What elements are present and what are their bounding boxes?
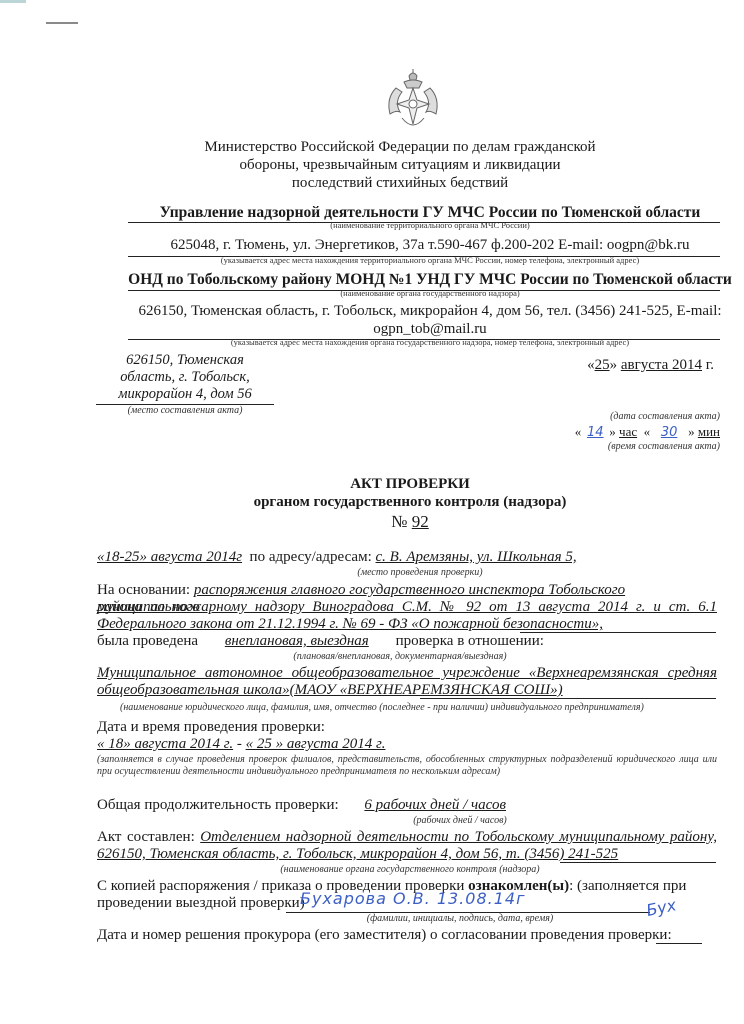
inspection-type-caption: (плановая/внеплановая, документарная/вые… [250, 651, 550, 662]
composed-line-2: 626150, Тюменская область, г. Тобольск, … [97, 846, 717, 863]
scan-corner-mark [0, 0, 26, 3]
supervision-address-caption: (указывается адрес места нахождения орга… [120, 337, 740, 347]
basis-line-2: района по пожарному надзору Виноградова … [97, 599, 717, 616]
territorial-body-caption: (наименование территориального органа МЧ… [120, 220, 740, 230]
inspection-address: с. В. Аремзяны, ул. Школьная 5, [376, 549, 577, 565]
datetime-separator: - [233, 736, 246, 752]
address-label: по адресу/адресам: [242, 549, 375, 565]
time-hour-label: час [619, 424, 637, 439]
act-date: «25» августа 2014 г. [560, 357, 740, 374]
inspection-type-value: внеплановая, выездная [202, 633, 392, 650]
act-title-sub: органом государственного контроля (надзо… [230, 493, 590, 511]
act-number-prefix: № [391, 512, 411, 531]
scan-top-mark [46, 22, 78, 24]
supervision-address-line-2: ogpn_tob@mail.ru [120, 321, 740, 338]
address-caption: (место проведения проверки) [300, 567, 540, 578]
place-line-2: область, г. Тобольск, [100, 369, 270, 386]
duration-line: Общая продолжительность проверки: 6 рабо… [97, 797, 717, 814]
date-caption: (дата составления акта) [560, 411, 720, 422]
datetime-range: « 18» августа 2014 г. - « 25 » августа 2… [97, 736, 717, 753]
copy-ack-caption: (фамилии, инициалы, подпись, дата, время… [270, 913, 650, 924]
ministry-line-1: Министерство Российской Федерации по дел… [190, 138, 610, 156]
time-minute: 30 [650, 424, 688, 441]
entity-line-2: общеобразовательная школа»(МАОУ «ВЕРХНЕА… [97, 682, 717, 699]
datetime-from: « 18» августа 2014 г. [97, 736, 233, 752]
emchs-emblem-icon [384, 68, 442, 134]
prosecutor-decision-blank [656, 943, 702, 944]
inspection-type-suffix: проверка в отношении: [392, 633, 544, 649]
duration-value: 6 рабочих дней / часов [342, 797, 662, 814]
datetime-to: « 25 » августа 2014 г. [246, 736, 386, 752]
date-open-quote: « [587, 357, 595, 373]
duration-label: Общая продолжительность проверки: [97, 797, 342, 813]
date-suffix: г. [702, 357, 714, 373]
composed-caption: (наименование органа государственного ко… [200, 864, 620, 875]
handwritten-acknowledgement: Бухарова О.В. 13.08.14г [300, 889, 640, 908]
ministry-line-2: обороны, чрезвычайным ситуациям и ликвид… [190, 156, 610, 174]
basis-line-3: Федерального закона от 21.12.1994 г. № 6… [97, 616, 617, 633]
act-title: АКТ ПРОВЕРКИ органом государственного ко… [230, 475, 590, 511]
ministry-line-3: последствий стихийных бедствий [190, 174, 610, 192]
place-caption: (место составления акта) [96, 405, 274, 416]
divider [560, 862, 716, 863]
act-number: № 92 [230, 512, 590, 532]
composed-text-1: Отделением надзорной деятельности по Тоб… [200, 829, 717, 845]
supervision-body: ОНД по Тобольскому району МОНД №1 УНД ГУ… [120, 271, 740, 289]
basis-label: На основании: [97, 582, 194, 598]
date-month-year: августа 2014 [621, 357, 702, 373]
composed-line-1: Акт составлен: Отделением надзорной деят… [97, 829, 717, 846]
place-line-3: микрорайон 4, дом 56 [100, 386, 270, 403]
supervision-address-line-1: 626150, Тюменская область, г. Тобольск, … [120, 303, 740, 320]
act-number-value: 92 [412, 512, 429, 531]
territorial-address-caption: (указывается адрес места нахождения терр… [120, 255, 740, 265]
copy-ack-text-2: проведении выездной проверки) [97, 895, 305, 911]
entity-caption: (наименование юридического лица, фамилия… [120, 702, 720, 714]
time-minute-label: мин [698, 424, 720, 439]
act-time: «14» час «30» мин [540, 423, 720, 441]
place-of-act: 626150, Тюменская область, г. Тобольск, … [100, 352, 270, 403]
datetime-label: Дата и время проведения проверки: [97, 719, 717, 736]
datetime-caption: (заполняется в случае проведения проверо… [97, 754, 717, 778]
composed-label: Акт составлен: [97, 829, 200, 845]
date-close-quote: » [610, 357, 618, 373]
inspection-period-address: «18-25» августа 2014г по адресу/адресам:… [97, 549, 717, 566]
prosecutor-decision-label: Дата и номер решения прокурора (его заме… [97, 927, 657, 944]
divider [420, 698, 716, 699]
inspection-period: «18-25» августа 2014г [97, 549, 242, 565]
time-caption: (время составления акта) [540, 441, 720, 452]
duration-caption: (рабочих дней / часов) [380, 815, 540, 826]
act-title-main: АКТ ПРОВЕРКИ [230, 475, 590, 493]
ministry-name: Министерство Российской Федерации по дел… [190, 138, 610, 192]
inspection-type-line: была проведена внеплановая, выездная про… [97, 633, 717, 650]
territorial-address: 625048, г. Тюмень, ул. Энергетиков, 37а … [120, 237, 740, 254]
place-line-1: 626150, Тюменская [100, 352, 270, 369]
time-hour: 14 [581, 424, 609, 441]
entity-line-1: Муниципальное автономное общеобразовател… [97, 665, 717, 682]
inspection-type-label: была проведена [97, 633, 202, 649]
supervision-body-caption: (наименование органа государственного на… [120, 288, 740, 298]
date-day: 25 [595, 357, 610, 373]
